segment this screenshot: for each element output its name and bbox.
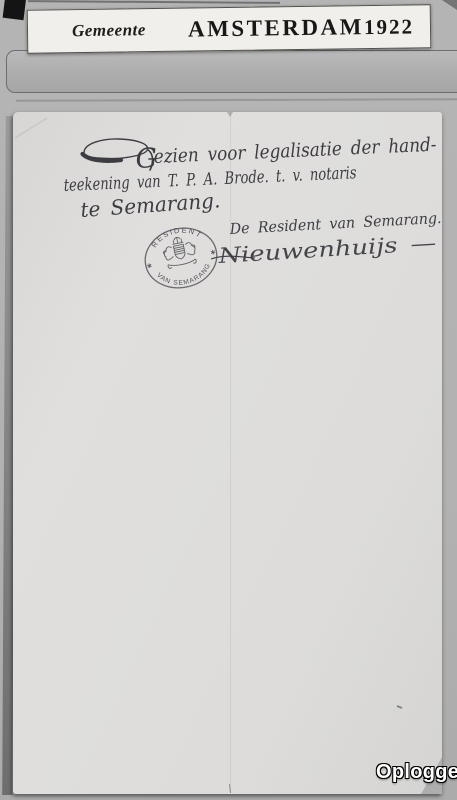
coat-of-arms-icon [161,234,198,269]
handwriting-line-1: ezien voor legalisatie der hand- [153,134,437,168]
lion-supporter-right [185,241,196,255]
handwriting-block: G ezien voor legalisatie der hand- teeke… [63,134,442,268]
box-shadow-line [16,98,457,102]
document-page: G ezien voor legalisatie der hand- teeke… [13,112,442,794]
corner-crease [15,118,47,138]
stamp-star-right-icon [211,250,216,255]
box-tab [3,0,27,20]
corner-shadow [442,0,457,10]
municipality-label: Gemeente [72,20,146,41]
city-label: AMSTERDAM [188,14,364,42]
card-edge-line [28,0,280,4]
stamp-star-left-icon [147,263,152,268]
year-label-strip: Gemeente AMSTERDAM 1922 [27,4,432,54]
shield [173,244,186,260]
oplogger-watermark: Oplogger [376,761,457,784]
page-markings-layer: G ezien voor legalisatie der hand- teeke… [13,112,442,794]
resident-stamp: RESIDENT VAN SEMARANG [139,219,222,294]
year-label: 1922 [364,14,414,40]
top-edge-notch [227,112,233,117]
scanned-document-photo: Gemeente AMSTERDAM 1922 G ezien voor leg… [0,0,457,800]
ink-speck [397,706,402,708]
flourish-thick-stroke [83,154,122,161]
crown [171,236,183,244]
lion-supporter-left [163,246,174,260]
archive-box-edge [6,50,457,93]
motto-ribbon [168,259,197,269]
